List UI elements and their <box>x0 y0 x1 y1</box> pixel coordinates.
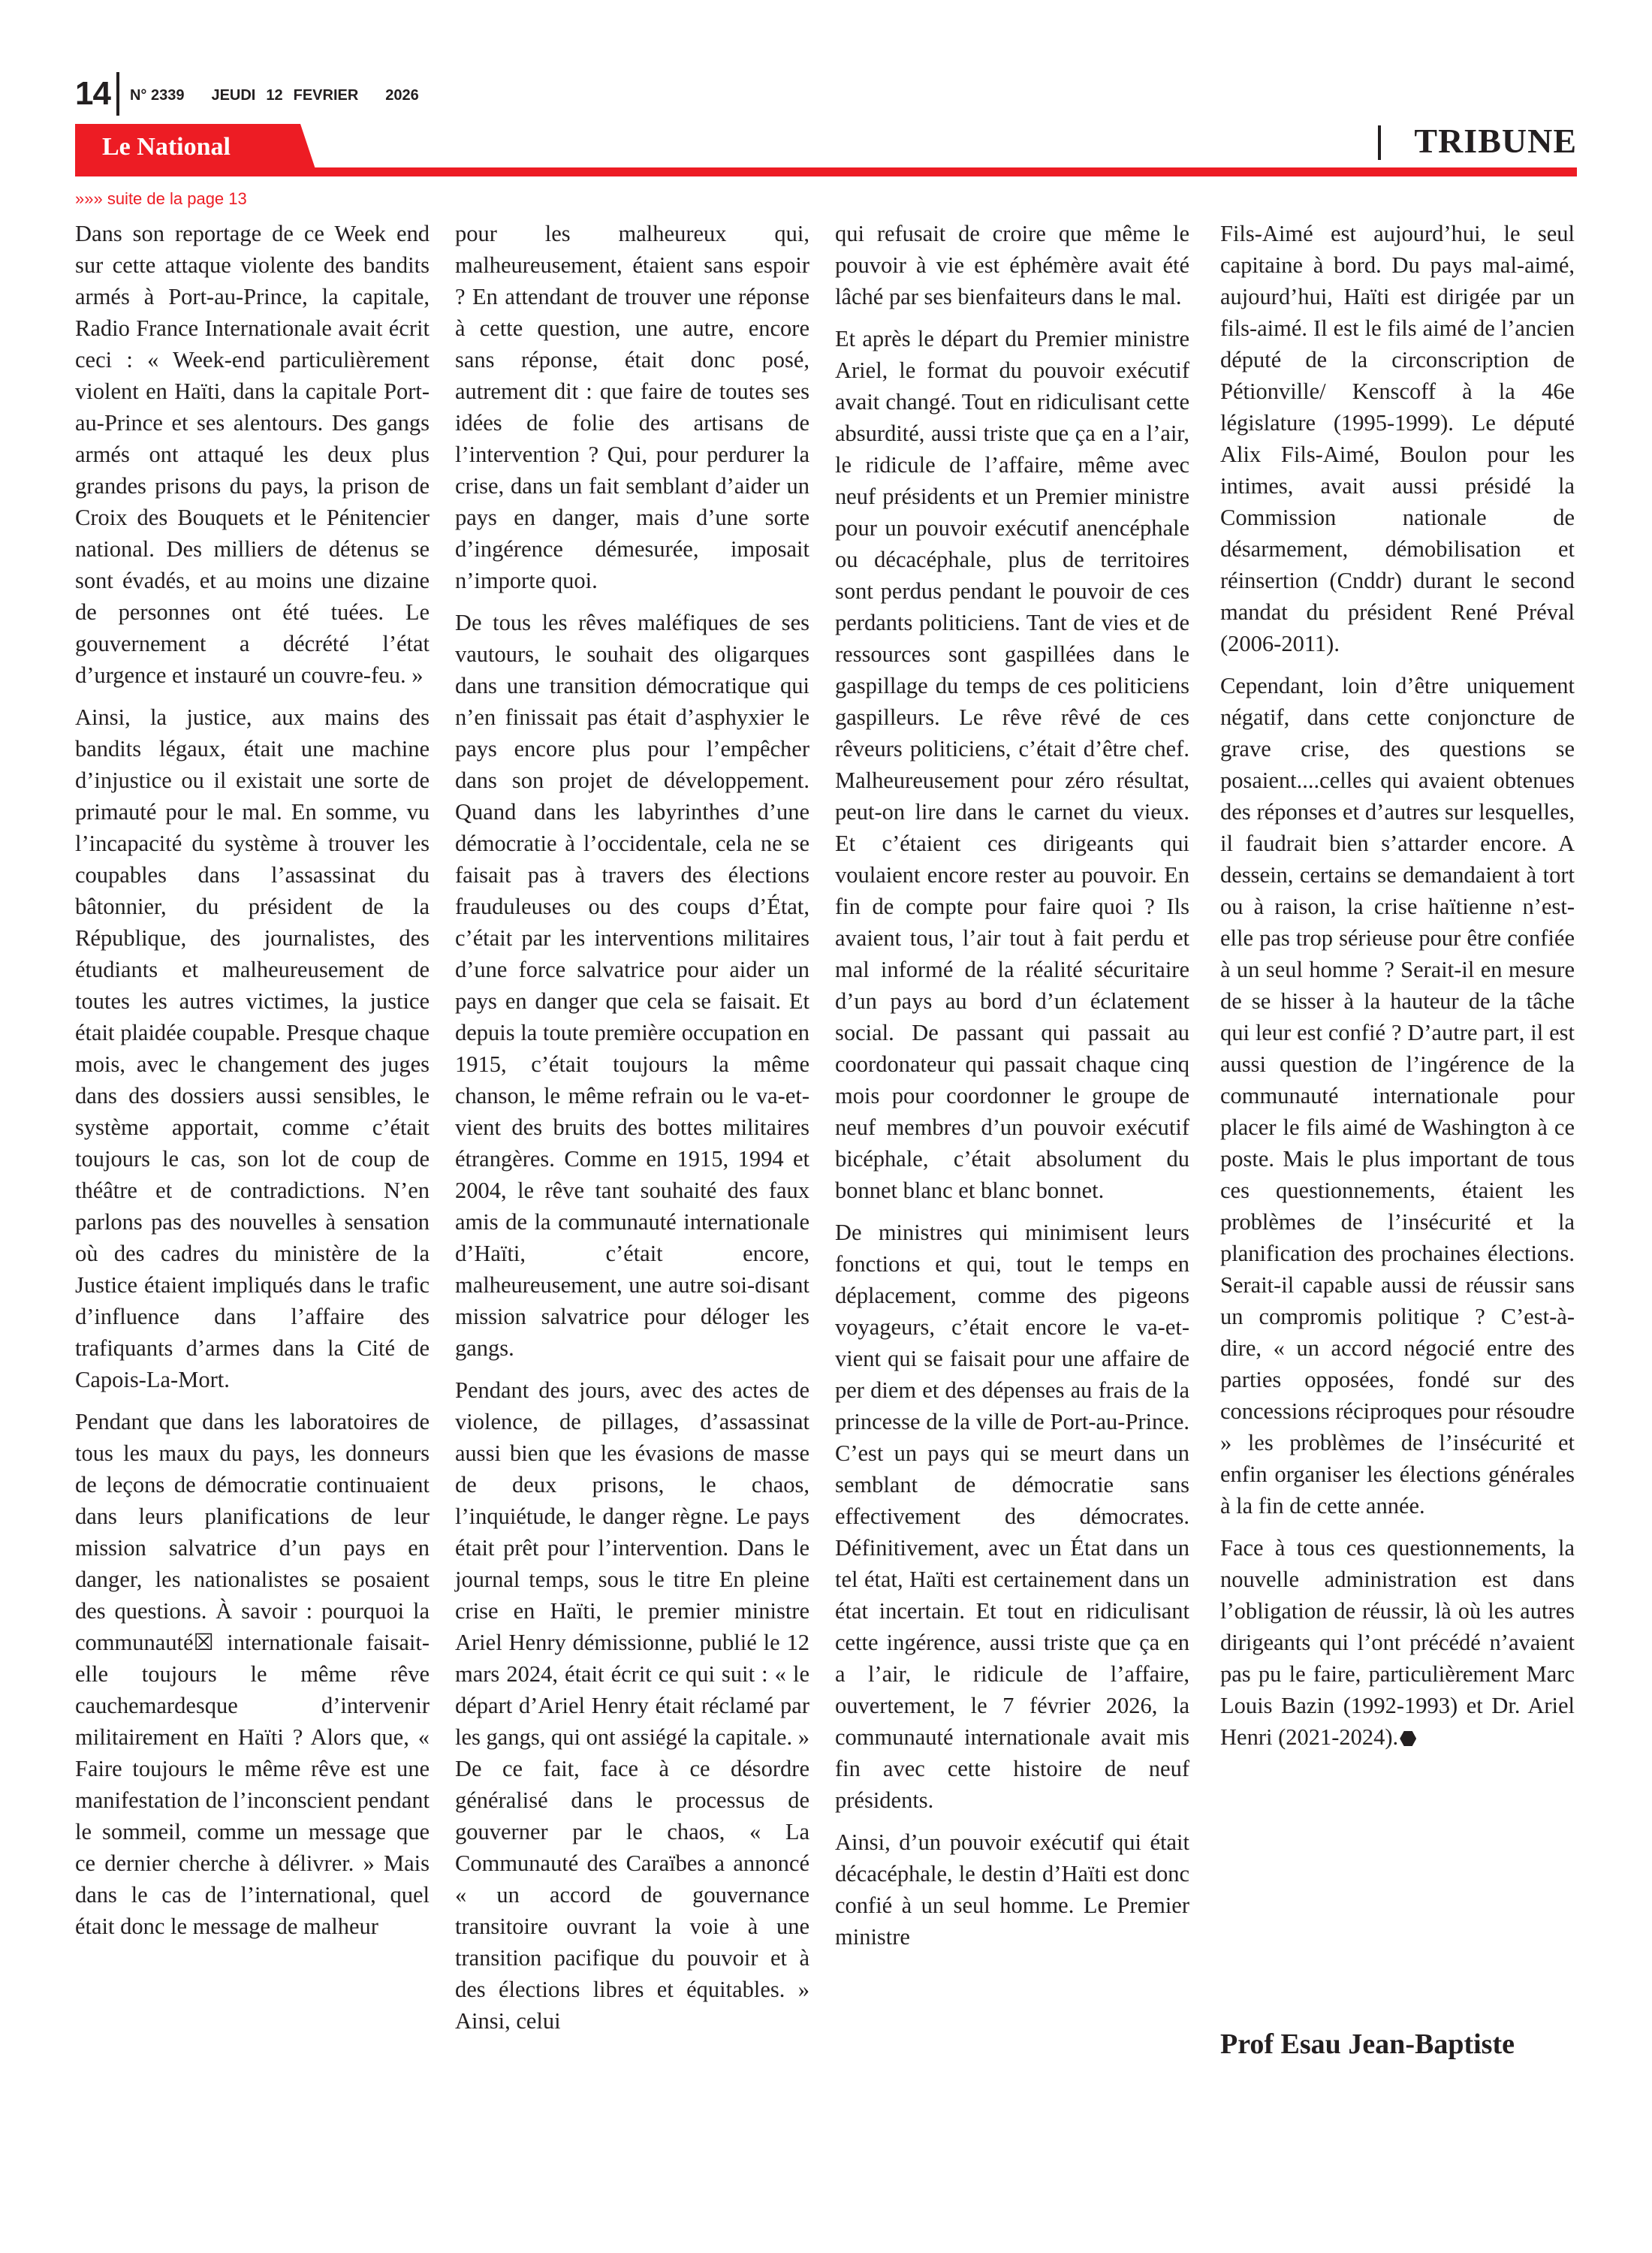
paragraph: De ministres qui minimisent leurs foncti… <box>835 1217 1189 1816</box>
header-rule <box>75 167 1577 176</box>
day: 12 <box>266 87 282 104</box>
paragraph: Dans son reportage de ce Week end sur ce… <box>75 218 430 691</box>
paragraph: Fils-Aimé est aujourd’hui, le seul capit… <box>1220 218 1575 659</box>
article-column-1: Dans son reportage de ce Week end sur ce… <box>75 218 430 1953</box>
section-divider <box>1378 125 1381 160</box>
final-text: Face à tous ces questionnements, la nouv… <box>1220 1535 1575 1750</box>
year: 2026 <box>385 87 419 104</box>
hexagon-end-mark-icon <box>1400 1731 1416 1746</box>
masthead: Le National TRIBUNE <box>75 124 1577 176</box>
paragraph: qui refusait de croire que même le pouvo… <box>835 218 1189 312</box>
paragraph: pour les malheureux qui, malheureusement… <box>455 218 809 596</box>
article-column-2: pour les malheureux qui, malheureusement… <box>455 218 809 2047</box>
weekday: JEUDI <box>211 87 255 104</box>
issue-date: JEUDI 12 FEVRIER <box>211 87 358 104</box>
paragraph: Ainsi, la justice, aux mains des bandits… <box>75 701 430 1395</box>
paragraph: De tous les rêves maléfiques de ses vaut… <box>455 607 809 1364</box>
issue-number: N° 2339 <box>130 87 185 104</box>
paragraph: Cependant, loin d’être uniquement négati… <box>1220 670 1575 1522</box>
folio: 14 N° 2339 JEUDI 12 FEVRIER 2026 <box>75 71 419 116</box>
article-column-3: qui refusait de croire que même le pouvo… <box>835 218 1189 1963</box>
author-byline: Prof Esau Jean-Baptiste <box>1220 2028 1515 2061</box>
issue-info: N° 2339 JEUDI 12 FEVRIER 2026 <box>130 84 419 104</box>
paragraph: Pendant que dans les laboratoires de tou… <box>75 1406 430 1942</box>
folio-divider <box>116 72 119 116</box>
paragraph: Pendant des jours, avec des actes de vio… <box>455 1374 809 2037</box>
month: FEVRIER <box>294 87 359 104</box>
section-title: TRIBUNE <box>1414 121 1577 161</box>
newspaper-logo: Le National <box>102 133 231 161</box>
paragraph: Ainsi, d’un pouvoir exécutif qui était d… <box>835 1826 1189 1953</box>
article-column-4: Fils-Aimé est aujourd’hui, le seul capit… <box>1220 218 1575 1763</box>
paragraph: Et après le départ du Premier ministre A… <box>835 323 1189 1206</box>
page-number: 14 <box>75 75 110 113</box>
paragraph-final: Face à tous ces questionnements, la nouv… <box>1220 1532 1575 1753</box>
continued-from: »»» suite de la page 13 <box>75 189 247 209</box>
